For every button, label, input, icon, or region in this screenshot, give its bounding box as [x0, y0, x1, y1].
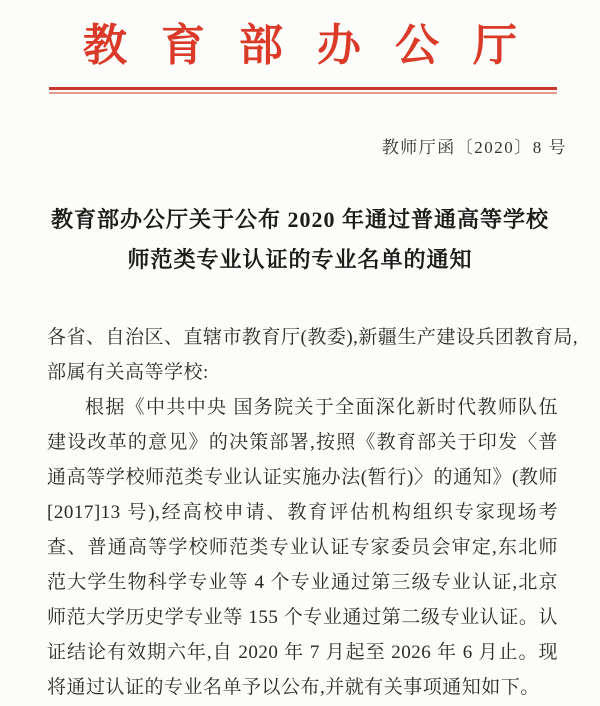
notice-body: 各省、自治区、直辖市教育厅(教委),新疆生产建设兵团教育局, 部属有关高等学校:… [47, 320, 558, 705]
header-divider [49, 87, 557, 94]
divider-thin-rule [49, 92, 557, 94]
notice-title: 教育部办公厅关于公布 2020 年通过普通高等学校 师范类专业认证的专业名单的通… [30, 200, 570, 280]
salutation-line1: 各省、自治区、直辖市教育厅(教委),新疆生产建设兵团教育局, [47, 320, 558, 355]
divider-thick-rule [49, 87, 557, 90]
notice-title-line1: 教育部办公厅关于公布 2020 年通过普通高等学校 [30, 200, 570, 240]
notice-title-line2: 师范类专业认证的专业名单的通知 [30, 240, 570, 280]
document-page: 教育部办公厅 教师厅函〔2020〕8 号 教育部办公厅关于公布 2020 年通过… [0, 0, 600, 706]
agency-masthead: 教育部办公厅 [0, 20, 600, 72]
body-paragraph: 根据《中共中央 国务院关于全面深化新时代教师队伍建设改革的意见》的决策部署,按照… [47, 390, 558, 705]
salutation-line2: 部属有关高等学校: [47, 355, 558, 390]
document-number: 教师厅函〔2020〕8 号 [382, 136, 567, 160]
